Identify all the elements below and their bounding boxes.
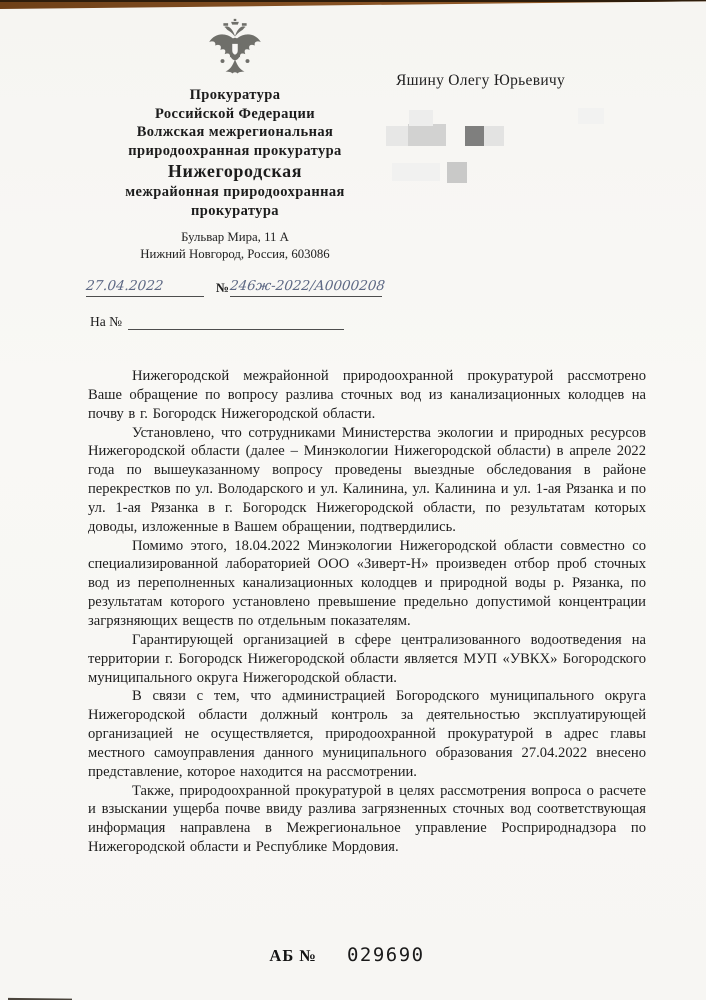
coat-of-arms-eagle-icon: [207, 18, 263, 80]
addressee-name: Яшину Олегу Юрьевичу: [396, 72, 565, 90]
body-paragraph: Установлено, что сотрудниками Министерст…: [88, 424, 646, 537]
reference-label: На №: [90, 314, 122, 330]
org-line: прокуратура: [84, 202, 386, 221]
number-sign-label: №: [216, 280, 229, 296]
org-line: природоохранная прокуратура: [84, 142, 386, 161]
letter-body: Нижегородской межрайонной природоохранно…: [88, 367, 646, 857]
redaction-block: [578, 108, 604, 124]
handwritten-number: 246ж-2022/А0000208: [229, 278, 386, 294]
body-paragraph: Также, природоохранной прокуратурой в це…: [88, 782, 646, 857]
scan-edge-top: [0, 0, 706, 9]
body-paragraph: Гарантирующей организацией в сфере центр…: [88, 631, 646, 688]
form-serial-footer: АБ № 029690: [0, 944, 700, 966]
org-address: Бульвар Мира, 11 А Нижний Новгород, Росс…: [84, 229, 386, 263]
address-line-2: Нижний Новгород, Россия, 603086: [84, 246, 386, 263]
redaction-block: [447, 162, 467, 183]
reference-row: На №: [84, 314, 386, 330]
address-line-1: Бульвар Мира, 11 А: [84, 229, 386, 246]
handwritten-date: 27.04.2022: [85, 278, 164, 294]
org-line: межрайонная природоохранная: [84, 183, 386, 202]
org-line: Российской Федерации: [84, 105, 386, 124]
redaction-block: [386, 126, 408, 146]
redaction-block: [484, 126, 504, 146]
org-line: Прокуратура: [84, 86, 386, 105]
letterhead: Прокуратура Российской Федерации Волжска…: [84, 18, 386, 330]
body-paragraph: В связи с тем, что администрацией Богоро…: [88, 687, 646, 781]
scanned-letter-page: Прокуратура Российской Федерации Волжска…: [0, 0, 706, 1000]
body-paragraph: Помимо этого, 18.04.2022 Минэкологии Ниж…: [88, 537, 646, 631]
serial-number: 029690: [347, 944, 425, 966]
outgoing-number-field: 246ж-2022/А0000208: [230, 277, 382, 297]
reference-blank-line: [128, 315, 344, 330]
redaction-block: [409, 110, 433, 126]
org-name-emphasis: Нижегородская: [84, 160, 386, 183]
redaction-block: [408, 124, 446, 146]
date-field: 27.04.2022: [86, 277, 204, 297]
body-paragraph: Нижегородской межрайонной природоохранно…: [88, 367, 646, 424]
date-number-row: 27.04.2022 № 246ж-2022/А0000208: [84, 277, 386, 297]
redaction-block: [392, 163, 440, 181]
redaction-block: [465, 126, 484, 146]
serial-series-label: АБ №: [269, 946, 317, 966]
org-line: Волжская межрегиональная: [84, 123, 386, 142]
